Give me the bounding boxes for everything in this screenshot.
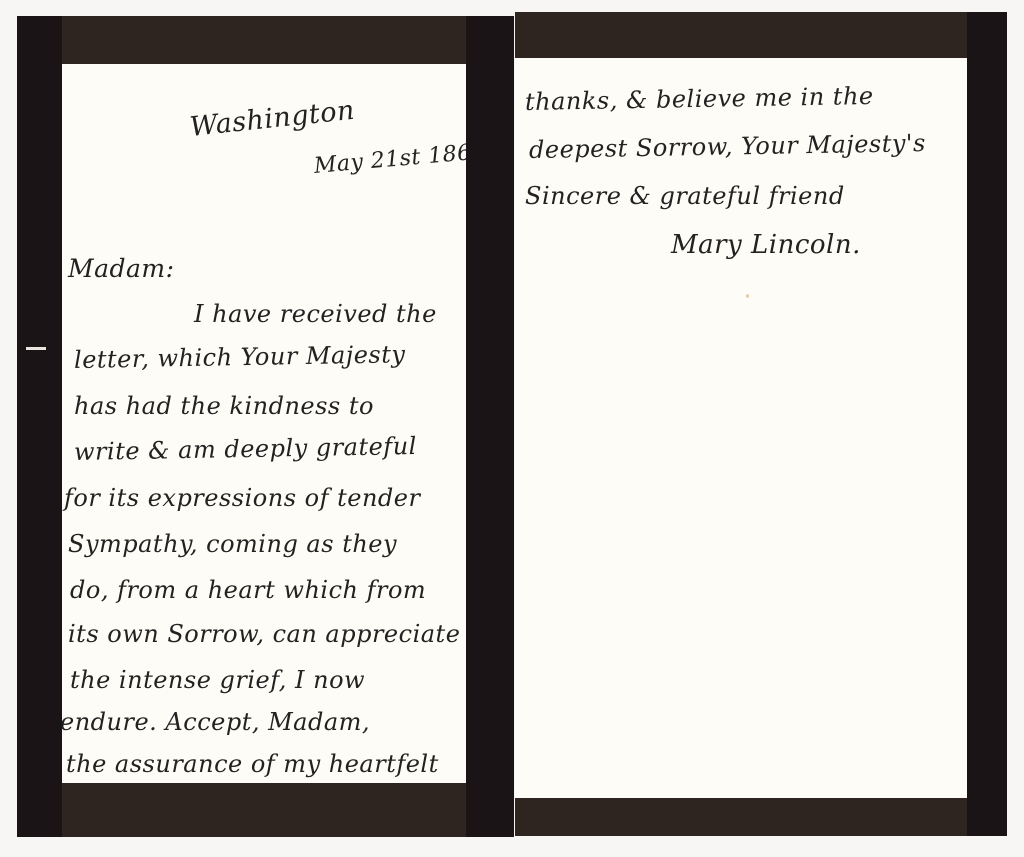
mourning-border-bottom [17, 783, 514, 837]
mourning-border-top [515, 12, 1007, 58]
paper-speck [746, 294, 749, 298]
body-line: Sympathy, coming as they [68, 530, 397, 558]
body-line: Sincere & grateful friend [525, 182, 845, 210]
body-line: write & am deeply grateful [74, 432, 417, 466]
body-line: letter, which Your Majesty [74, 340, 406, 374]
body-line: its own Sorrow, can appreciate [68, 620, 460, 648]
body-line: for its expressions of tender [64, 484, 420, 512]
edge-mark [26, 347, 46, 350]
body-line: the intense grief, I now [70, 666, 365, 694]
mourning-border-bottom [515, 798, 1007, 836]
body-line: I have received the [194, 300, 437, 328]
mourning-border-right [967, 12, 1007, 836]
letter-page-2: thanks, & believe me in the deepest Sorr… [515, 12, 1007, 836]
letter-place: Washington [188, 95, 356, 143]
mourning-border-left [17, 16, 62, 837]
body-line: has had the kindness to [74, 392, 374, 420]
body-line: deepest Sorrow, Your Majesty's [529, 129, 926, 164]
paper-area: Washington May 21st 1865. Madam: I have … [62, 64, 466, 783]
body-line: thanks, & believe me in the [525, 82, 874, 116]
body-line: the assurance of my heartfelt [66, 750, 439, 778]
mourning-border-top [17, 16, 514, 64]
letter-salutation: Madam: [68, 254, 175, 283]
signature: Mary Lincoln. [671, 230, 861, 260]
letter-page-1: Washington May 21st 1865. Madam: I have … [17, 16, 514, 837]
body-line: do, from a heart which from [70, 576, 426, 604]
paper-area: thanks, & believe me in the deepest Sorr… [515, 58, 967, 798]
letter-date: May 21st 1865. [313, 138, 466, 179]
body-line: endure. Accept, Madam, [62, 708, 370, 736]
mourning-border-right [466, 16, 514, 837]
